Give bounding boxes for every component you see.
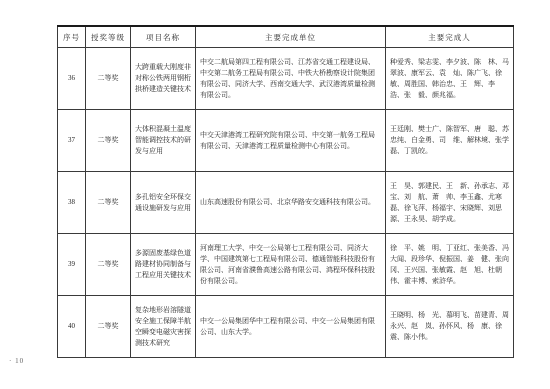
cell-main-contributors: 王廷刚、樊士广、陈智军、唐 聪、苏忠纯、白金勇、司 维、解林境、张学磊、丁凯皎。 bbox=[386, 110, 514, 172]
col-header-award-level: 授奖等级 bbox=[86, 26, 131, 48]
col-header-main-units: 主要完成单位 bbox=[196, 26, 386, 48]
cell-main-contributors: 种爱秀、梁志雯、李夕波、陈 林、马翠波、康军云、袁 灿、陈广飞、徐 敏、周胜国、… bbox=[386, 48, 514, 110]
cell-serial: 39 bbox=[58, 234, 86, 296]
cell-serial: 36 bbox=[58, 48, 86, 110]
cell-serial: 40 bbox=[58, 296, 86, 358]
document-page: 序号 授奖等级 项目名称 主要完成单位 主要完成人 36 二等奖 大跨重载大刚度… bbox=[0, 0, 550, 389]
cell-main-contributors: 王 昊、郭建民、王 新、孙承志、邓 宝、刘 航、萧 帅、李玉鑫、尤寒磊、徐飞萍、… bbox=[386, 172, 514, 234]
awards-table: 序号 授奖等级 项目名称 主要完成单位 主要完成人 36 二等奖 大跨重载大刚度… bbox=[57, 25, 514, 358]
table-row: 38 二等奖 多孔铝安全环保交通设施研发与应用 山东高速股份有限公司、北京华路安… bbox=[58, 172, 514, 234]
col-header-project-name: 项目名称 bbox=[131, 26, 196, 48]
page-number: · 10 bbox=[9, 357, 24, 365]
cell-award-level: 二等奖 bbox=[86, 172, 131, 234]
table-row: 39 二等奖 多源固废基绿色道路建材协同制备与工程应用关键技术 河南理工大学、中… bbox=[58, 234, 514, 296]
cell-award-level: 二等奖 bbox=[86, 48, 131, 110]
cell-main-units: 河南理工大学、中交一公局第七工程有限公司、同济大学、中国建筑第七工程局有限公司、… bbox=[196, 234, 386, 296]
col-header-serial: 序号 bbox=[58, 26, 86, 48]
cell-main-contributors: 徐 平、姚 明、丁亚红、张美香、冯大闻、段珍华、倪振国、姜 健、张向冈、王兴国、… bbox=[386, 234, 514, 296]
col-header-main-contributors: 主要完成人 bbox=[386, 26, 514, 48]
cell-project-name: 复杂地形岩溶隧道安全施工保障半航空瞬变电磁灾害探测技术研究 bbox=[131, 296, 196, 358]
table-row: 40 二等奖 复杂地形岩溶隧道安全施工保障半航空瞬变电磁灾害探测技术研究 中交一… bbox=[58, 296, 514, 358]
cell-main-units: 中交一公局集团华中工程有限公司、中交一公局集团有限公司、山东大学。 bbox=[196, 296, 386, 358]
cell-project-name: 多孔铝安全环保交通设施研发与应用 bbox=[131, 172, 196, 234]
cell-award-level: 二等奖 bbox=[86, 296, 131, 358]
cell-main-units: 中交天津港湾工程研究院有限公司、中交第一航务工程局有限公司、天津港湾工程质量检测… bbox=[196, 110, 386, 172]
cell-project-name: 大跨重载大刚度非对称公铁两用钢桁拱桥建造关键技术 bbox=[131, 48, 196, 110]
table-row: 36 二等奖 大跨重载大刚度非对称公铁两用钢桁拱桥建造关键技术 中交二航局第四工… bbox=[58, 48, 514, 110]
cell-main-contributors: 王晓明、杨 光、慕明飞、苗建青、周永兴、赵 岚、孙怀风、杨 康、徐 震、陈小伟。 bbox=[386, 296, 514, 358]
cell-main-units: 中交二航局第四工程有限公司、江苏省交通工程建设局、中交第二航务工程局有限公司、中… bbox=[196, 48, 386, 110]
cell-serial: 38 bbox=[58, 172, 86, 234]
cell-main-units: 山东高速股份有限公司、北京华路安交通科技有限公司。 bbox=[196, 172, 386, 234]
cell-serial: 37 bbox=[58, 110, 86, 172]
cell-project-name: 多源固废基绿色道路建材协同制备与工程应用关键技术 bbox=[131, 234, 196, 296]
cell-award-level: 二等奖 bbox=[86, 110, 131, 172]
cell-award-level: 二等奖 bbox=[86, 234, 131, 296]
cell-project-name: 大体积混凝土温度智能调控技术的研发与应用 bbox=[131, 110, 196, 172]
table-row: 37 二等奖 大体积混凝土温度智能调控技术的研发与应用 中交天津港湾工程研究院有… bbox=[58, 110, 514, 172]
table-header-row: 序号 授奖等级 项目名称 主要完成单位 主要完成人 bbox=[58, 26, 514, 48]
